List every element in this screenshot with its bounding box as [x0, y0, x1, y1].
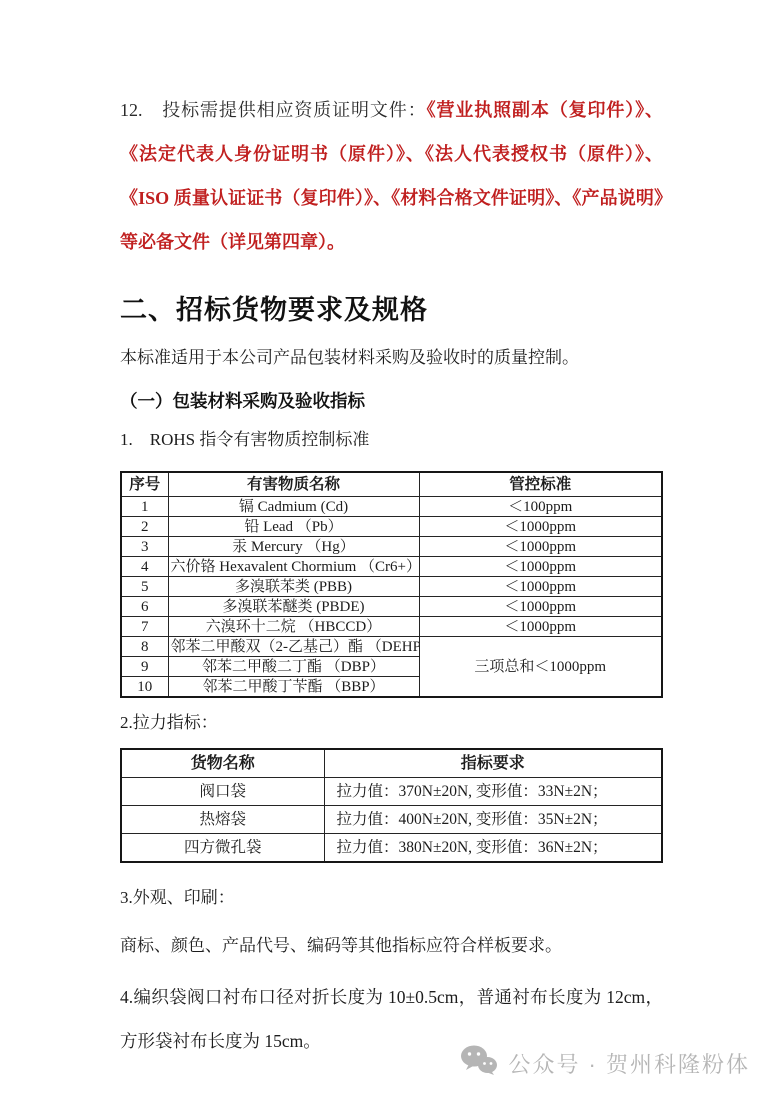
table-row: 7 六溴环十二烷 （HBCCD） ＜1000ppm — [121, 617, 662, 637]
cell-no: 10 — [121, 677, 168, 698]
table-row: 8 邻苯二甲酸双（2-乙基己）酯 （DEHP） 三项总和＜1000ppm — [121, 637, 662, 657]
cell-substance: 邻苯二甲酸双（2-乙基己）酯 （DEHP） — [168, 637, 419, 657]
paragraph-12-intro: 12. 投标需提供相应资质证明文件： — [120, 100, 427, 120]
table-row: 热熔袋 拉力值：400N±20N, 变形值：35N±2N； — [121, 806, 662, 834]
document-page: 12. 投标需提供相应资质证明文件：《营业执照副本（复印件）》、《法定代表人身份… — [120, 0, 663, 1063]
cell-goods: 四方微孔袋 — [121, 834, 324, 863]
cell-limit: ＜1000ppm — [419, 597, 662, 617]
cell-substance: 邻苯二甲酸二丁酯 （DBP） — [168, 657, 419, 677]
table-row: 1 镉 Cadmium (Cd) ＜100ppm — [121, 497, 662, 517]
table-row: 2 铅 Lead （Pb） ＜1000ppm — [121, 517, 662, 537]
col-header-limit: 管控标准 — [419, 472, 662, 497]
cell-limit: ＜1000ppm — [419, 617, 662, 637]
cell-substance: 多溴联苯类 (PBB) — [168, 577, 419, 597]
cell-limit: ＜1000ppm — [419, 577, 662, 597]
cell-goods: 阀口袋 — [121, 778, 324, 806]
table-row: 阀口袋 拉力值：370N±20N, 变形值：33N±2N； — [121, 778, 662, 806]
wechat-label: 公众号 · 贺州科隆粉体 — [508, 1048, 750, 1079]
cell-substance: 邻苯二甲酸丁苄酯 （BBP） — [168, 677, 419, 698]
rohs-limits-table: 序号 有害物质名称 管控标准 1 镉 Cadmium (Cd) ＜100ppm … — [120, 471, 663, 698]
cell-substance: 六价铬 Hexavalent Chormium （Cr6+） — [168, 557, 419, 577]
sub-heading-packaging: （一）包装材料采购及验收指标 — [120, 387, 663, 415]
cell-no: 3 — [121, 537, 168, 557]
cell-no: 9 — [121, 657, 168, 677]
cell-goods: 热熔袋 — [121, 806, 324, 834]
cell-no: 1 — [121, 497, 168, 517]
cell-substance: 多溴联苯醚类 (PBDE) — [168, 597, 419, 617]
tension-spec-table: 货物名称 指标要求 阀口袋 拉力值：370N±20N, 变形值：33N±2N； … — [120, 748, 663, 863]
table-header-row: 序号 有害物质名称 管控标准 — [121, 472, 662, 497]
table-header-row: 货物名称 指标要求 — [121, 749, 662, 778]
cell-no: 7 — [121, 617, 168, 637]
table-row: 四方微孔袋 拉力值：380N±20N, 变形值：36N±2N； — [121, 834, 662, 863]
cell-no: 2 — [121, 517, 168, 537]
table-row: 5 多溴联苯类 (PBB) ＜1000ppm — [121, 577, 662, 597]
section-title: 二、招标货物要求及规格 — [120, 290, 663, 330]
col-header-goods: 货物名称 — [121, 749, 324, 778]
col-header-substance: 有害物质名称 — [168, 472, 419, 497]
cell-requirement: 拉力值：380N±20N, 变形值：36N±2N； — [324, 834, 662, 863]
table-row: 4 六价铬 Hexavalent Chormium （Cr6+） ＜1000pp… — [121, 557, 662, 577]
cell-limit: ＜1000ppm — [419, 517, 662, 537]
table-row: 6 多溴联苯醚类 (PBDE) ＜1000ppm — [121, 597, 662, 617]
cell-requirement: 拉力值：400N±20N, 变形值：35N±2N； — [324, 806, 662, 834]
cell-no: 4 — [121, 557, 168, 577]
cell-limit: ＜100ppm — [419, 497, 662, 517]
item1-label: 1. ROHS 指令有害物质控制标准 — [120, 427, 663, 453]
wechat-watermark: 公众号 · 贺州科隆粉体 — [460, 1044, 750, 1082]
cell-limit: ＜1000ppm — [419, 537, 662, 557]
cell-substance: 汞 Mercury （Hg） — [168, 537, 419, 557]
cell-no: 5 — [121, 577, 168, 597]
cell-no: 8 — [121, 637, 168, 657]
cell-merged-limit: 三项总和＜1000ppm — [419, 637, 662, 698]
paragraph-12-required-docs: 《营业执照副本（复印件）》、《法定代表人身份证明书（原件）》、《法人代表授权书（… — [120, 100, 663, 252]
paragraph-12: 12. 投标需提供相应资质证明文件：《营业执照副本（复印件）》、《法定代表人身份… — [120, 88, 663, 264]
table-row: 3 汞 Mercury （Hg） ＜1000ppm — [121, 537, 662, 557]
wechat-icon — [460, 1044, 498, 1082]
cell-substance: 铅 Lead （Pb） — [168, 517, 419, 537]
item2-label: 2.拉力指标： — [120, 710, 663, 736]
item3-text: 商标、颜色、产品代号、编码等其他指标应符合样板要求。 — [120, 933, 663, 959]
col-header-requirement: 指标要求 — [324, 749, 662, 778]
cell-substance: 六溴环十二烷 （HBCCD） — [168, 617, 419, 637]
cell-requirement: 拉力值：370N±20N, 变形值：33N±2N； — [324, 778, 662, 806]
scope-text: 本标准适用于本公司产品包装材料采购及验收时的质量控制。 — [120, 345, 663, 371]
item3-label: 3.外观、印刷： — [120, 885, 663, 911]
cell-substance: 镉 Cadmium (Cd) — [168, 497, 419, 517]
col-header-no: 序号 — [121, 472, 168, 497]
cell-limit: ＜1000ppm — [419, 557, 662, 577]
cell-no: 6 — [121, 597, 168, 617]
